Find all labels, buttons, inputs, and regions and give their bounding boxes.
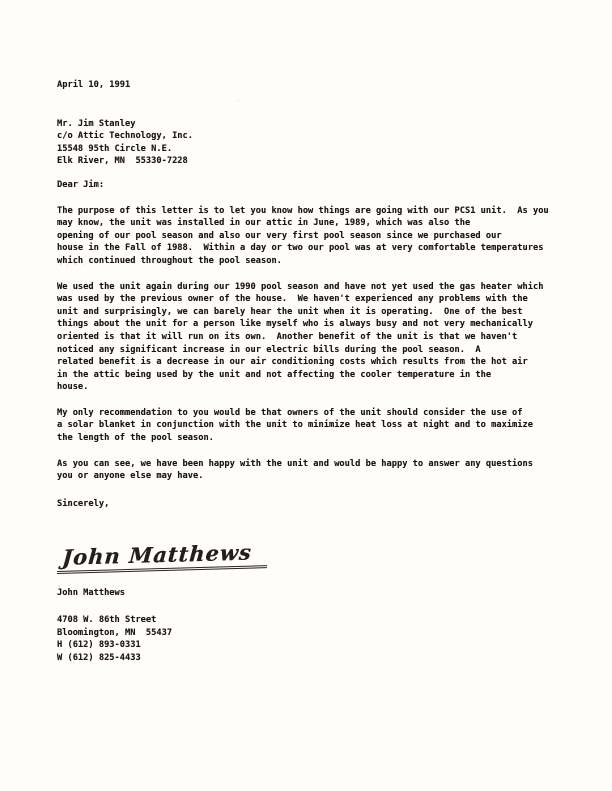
signer-address-block: 4708 W. 86th Street Bloomington, MN 5543… — [57, 614, 605, 664]
closing-salutation: Sincerely, — [57, 498, 605, 511]
signer-street: 4708 W. 86th Street — [57, 614, 605, 627]
signer-home-phone: H (612) 893-0331 — [57, 639, 605, 652]
body-paragraph-1: The purpose of this letter is to let you… — [57, 205, 605, 268]
handwritten-signature: John Matthews — [57, 541, 269, 575]
signer-work-phone: W (612) 825-4433 — [57, 652, 605, 665]
letter-body: April 10, 1991 Mr. Jim Stanley c/o Attic… — [57, 79, 605, 664]
recipient-block: Mr. Jim Stanley c/o Attic Technology, In… — [57, 118, 605, 168]
body-paragraph-3: My only recommendation to you would be t… — [57, 407, 605, 445]
salutation: Dear Jim: — [57, 179, 605, 192]
signer-typed-name: John Matthews — [57, 587, 605, 600]
signer-city-state-zip: Bloomington, MN 55437 — [57, 627, 605, 640]
recipient-company: c/o Attic Technology, Inc. — [57, 130, 605, 143]
date-line: April 10, 1991 — [57, 79, 605, 92]
letter-page: April 10, 1991 Mr. Jim Stanley c/o Attic… — [0, 0, 612, 791]
recipient-city-state-zip: Elk River, MN 55330-7228 — [57, 155, 605, 168]
scan-artifact — [0, 0, 2, 2]
body-paragraph-2: We used the unit again during our 1990 p… — [57, 281, 605, 394]
signature-block: John Matthews — [57, 546, 605, 582]
recipient-name: Mr. Jim Stanley — [57, 118, 605, 131]
recipient-street: 15548 95th Circle N.E. — [57, 143, 605, 156]
body-paragraph-4: As you can see, we have been happy with … — [57, 458, 605, 483]
